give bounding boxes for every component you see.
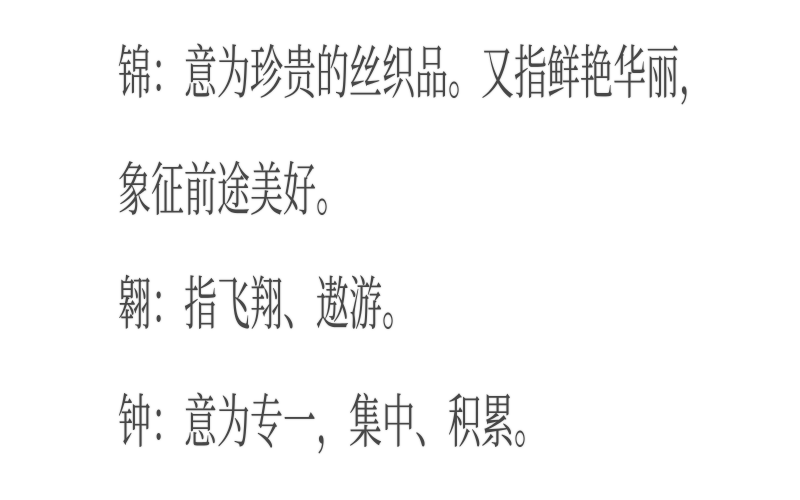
- definition-line-ao: 翱：指飞翔、遨游。: [118, 275, 415, 333]
- definition-line-zhong: 钟：意为专一，集中、积累。: [118, 393, 547, 451]
- definition-line-jin-part1: 锦：意为珍贵的丝织品。又指鲜艳华丽，: [118, 44, 712, 102]
- document-page: 锦：意为珍贵的丝织品。又指鲜艳华丽， 象征前途美好。 翱：指飞翔、遨游。 钟：意…: [0, 0, 800, 500]
- definition-line-jin-part2: 象征前途美好。: [118, 161, 349, 219]
